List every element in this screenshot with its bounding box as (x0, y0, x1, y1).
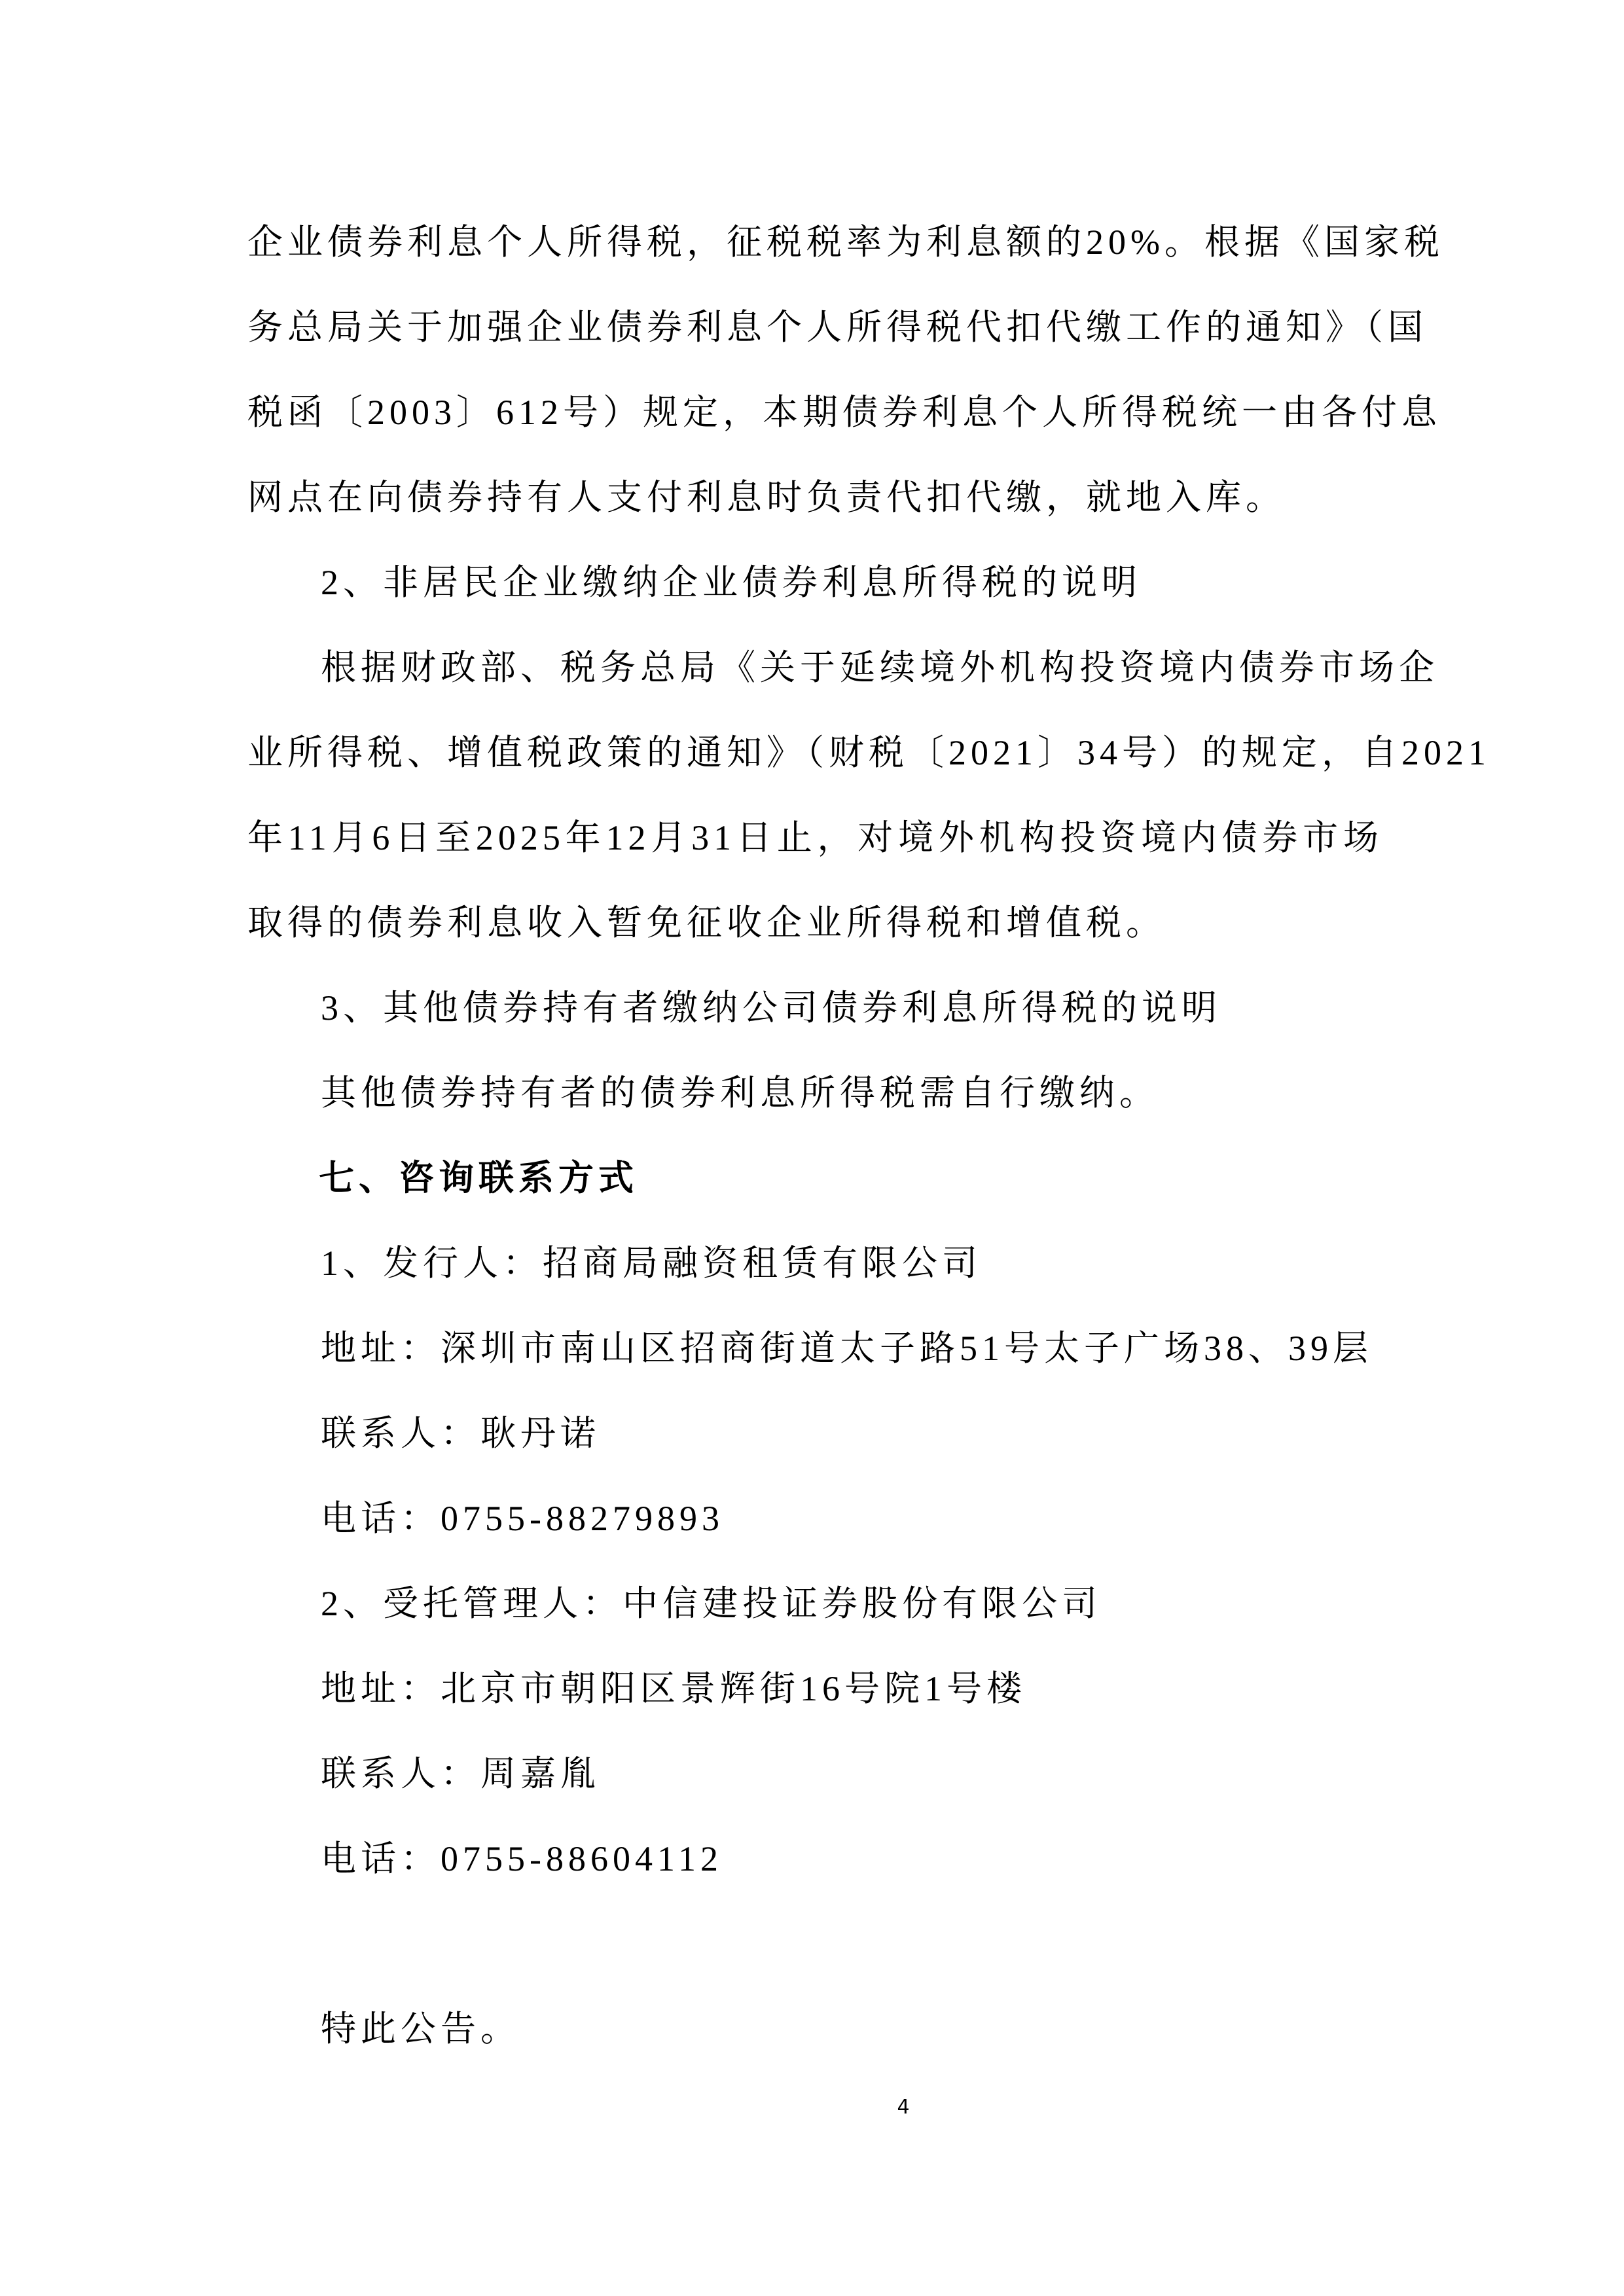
paragraph-line: 税函〔2003〕612号）规定，本期债券利息个人所得税统一由各付息 (247, 386, 1383, 439)
paragraph-line: 年11月6日至2025年12月31日止，对境外机构投资境内债券市场 (247, 812, 1383, 864)
paragraph-line: 网点在向债券持有人支付利息时负责代扣代缴，就地入库。 (247, 471, 1383, 524)
trustee-phone: 电话：0755-88604112 (321, 1833, 1383, 1885)
section-2-title: 2、非居民企业缴纳企业债券利息所得税的说明 (321, 556, 1383, 609)
document-page: 企业债券利息个人所得税，征税税率为利息额的20%。根据《国家税 务总局关于加强企… (0, 0, 1624, 2296)
paragraph-line: 企业债券利息个人所得税，征税税率为利息额的20%。根据《国家税 (247, 216, 1383, 268)
section-3-title: 3、其他债券持有者缴纳公司债券利息所得税的说明 (321, 982, 1383, 1034)
paragraph-line: 取得的债券利息收入暂免征收企业所得税和增值税。 (247, 897, 1383, 949)
section-3-body: 其他债券持有者的债券利息所得税需自行缴纳。 (321, 1067, 1383, 1119)
trustee-contact: 联系人：周嘉胤 (321, 1748, 1383, 1800)
contact-heading: 七、咨询联系方式 (319, 1152, 1454, 1204)
issuer-title: 1、发行人：招商局融资租赁有限公司 (321, 1237, 1383, 1289)
issuer-address: 地址：深圳市南山区招商街道太子路51号太子广场38、39层 (321, 1322, 1383, 1374)
paragraph-line: 根据财政部、税务总局《关于延续境外机构投资境内债券市场企 (321, 641, 1383, 694)
paragraph-line: 务总局关于加强企业债券利息个人所得税代扣代缴工作的通知》（国 (247, 301, 1383, 353)
issuer-phone: 电话：0755-88279893 (321, 1492, 1383, 1545)
trustee-title: 2、受托管理人：中信建投证券股份有限公司 (321, 1577, 1383, 1630)
paragraph-line: 业所得税、增值税政策的通知》（财税〔2021〕34号）的规定，自2021 (247, 726, 1383, 779)
page-number: 4 (890, 2094, 916, 2121)
trustee-address: 地址：北京市朝阳区景辉街16号院1号楼 (321, 1662, 1383, 1715)
closing-statement: 特此公告。 (321, 2003, 1383, 2055)
issuer-contact: 联系人：耿丹诺 (321, 1407, 1383, 1460)
